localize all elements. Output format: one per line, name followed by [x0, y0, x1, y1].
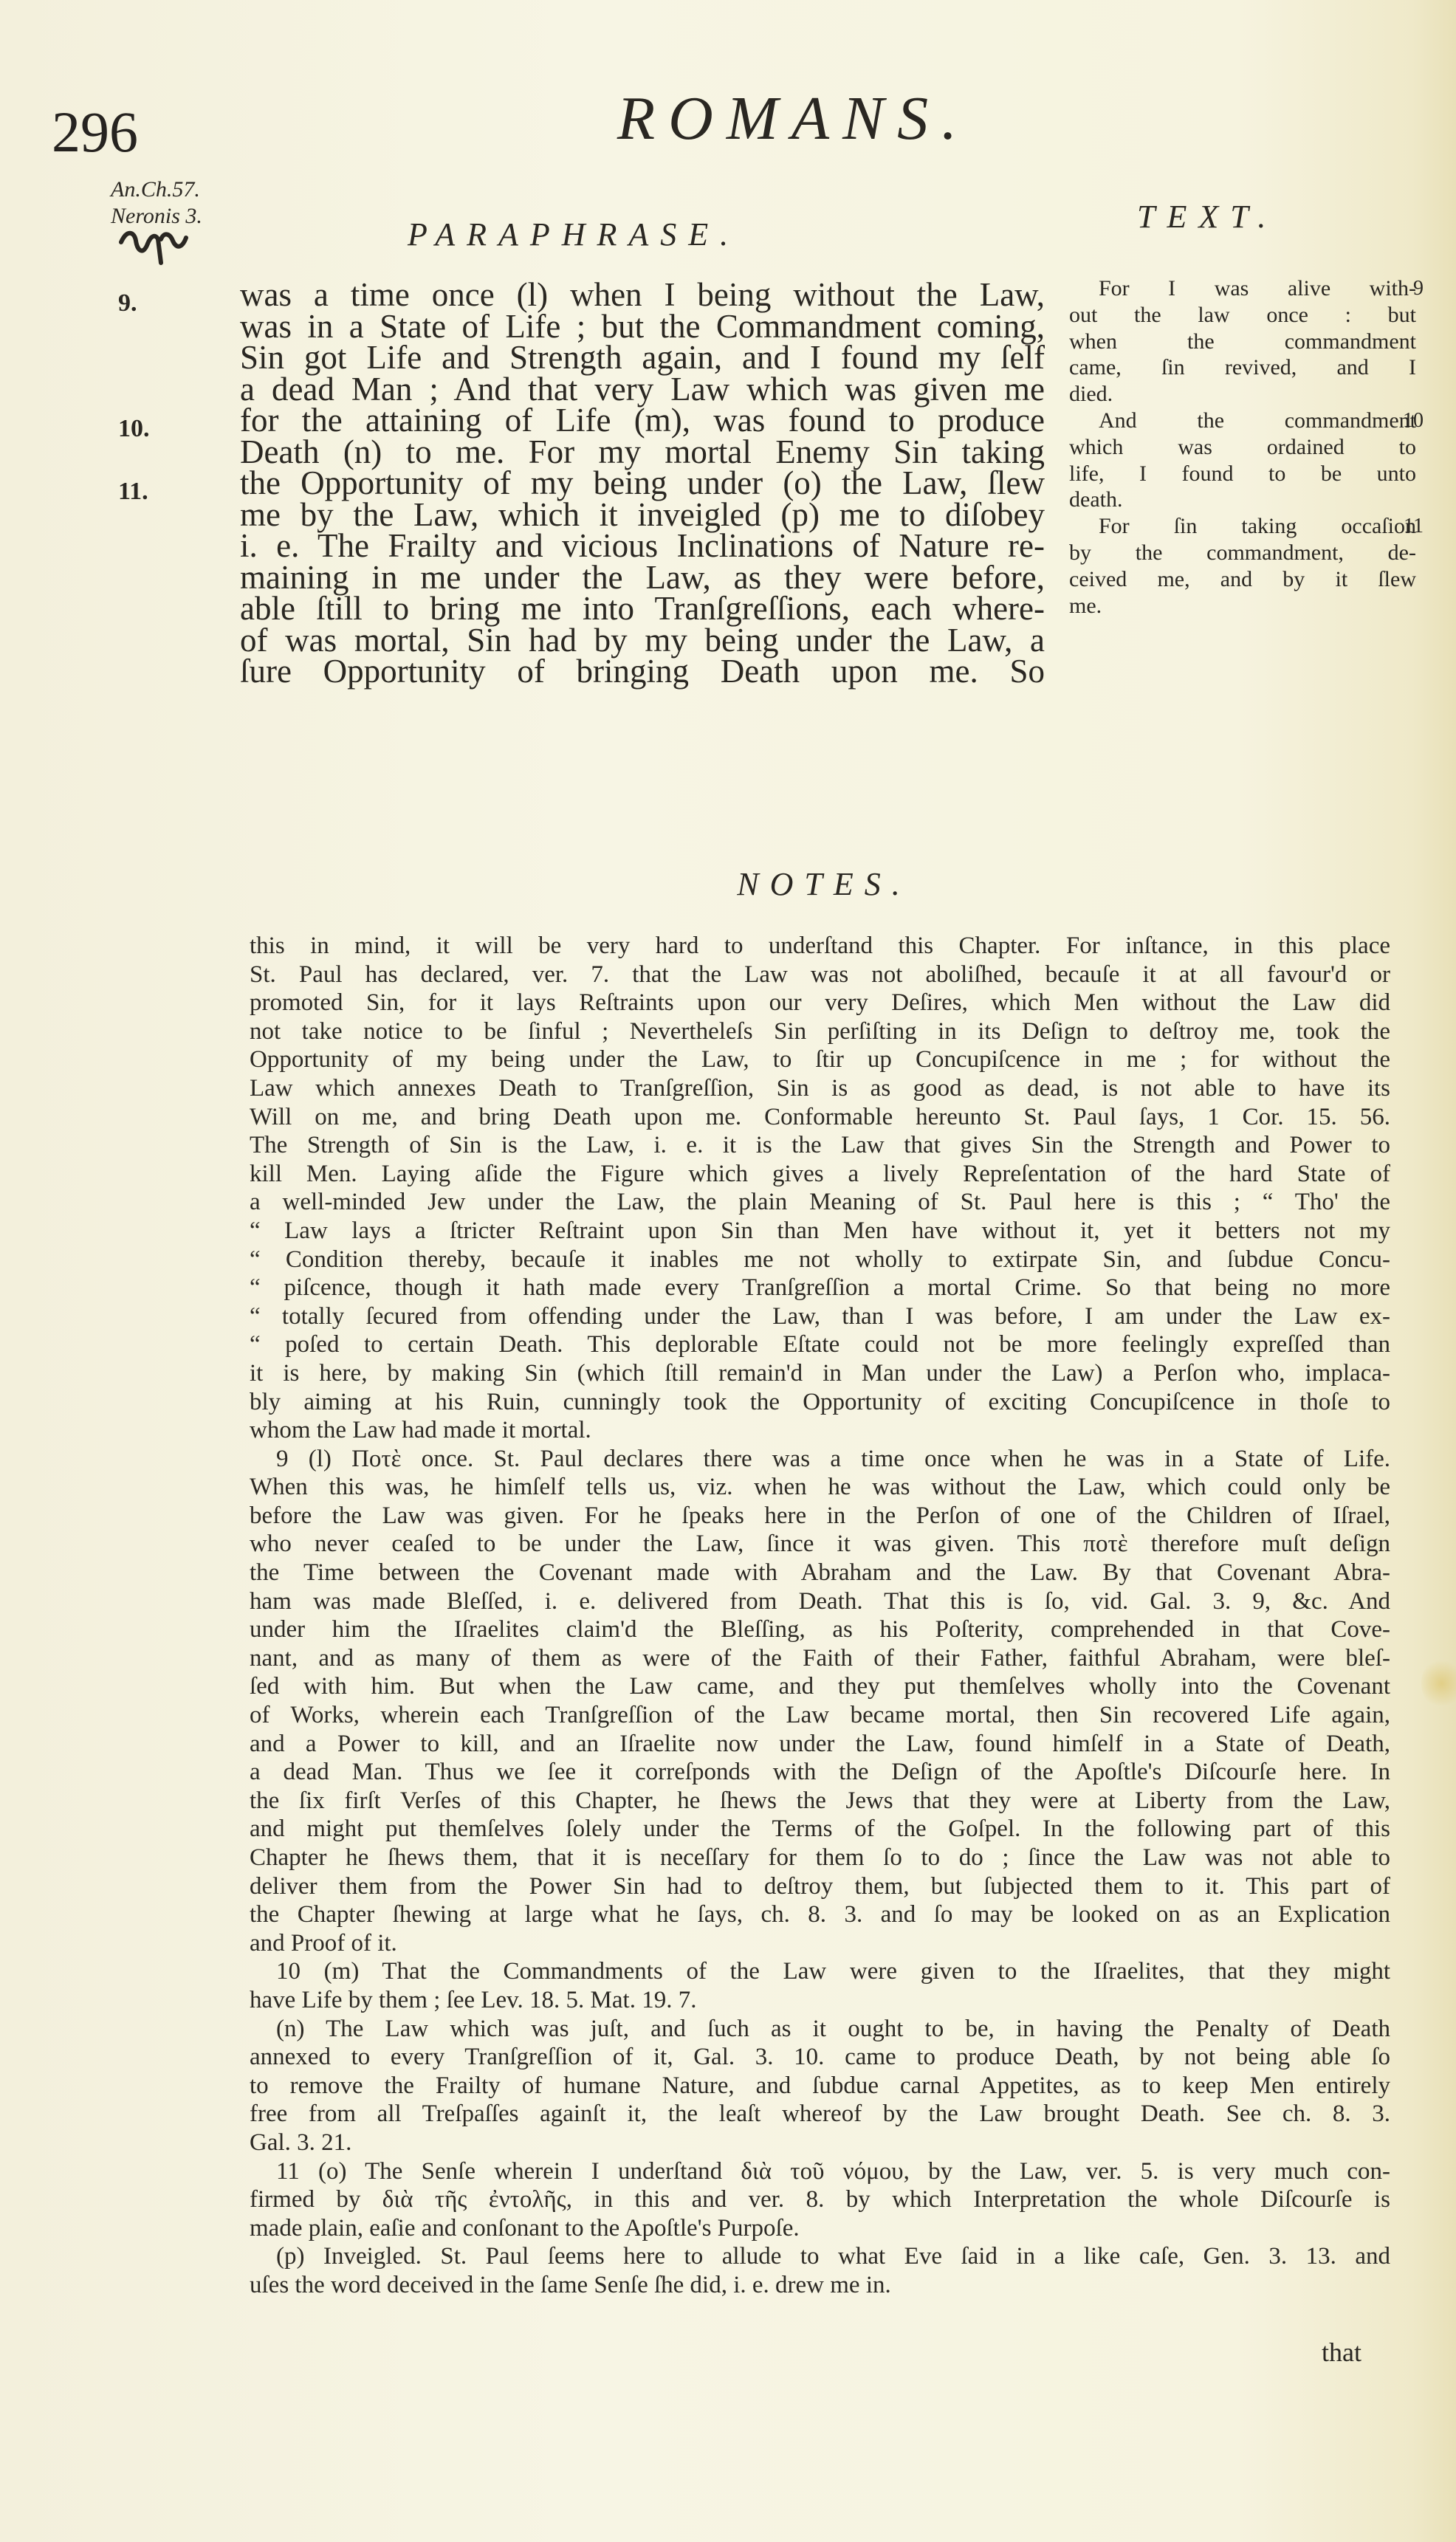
- note-line: (n) The Law which was juſt, and ſuch as …: [250, 2015, 1390, 2044]
- text-verse-11: For ſin taking occaſion11 by the command…: [1069, 513, 1416, 619]
- note-line: ham was made Bleſſed, i. e. delivered fr…: [250, 1587, 1390, 1616]
- note-line: kill Men. Laying aſide the Figure which …: [250, 1160, 1390, 1189]
- note-line: (p) Inveigled. St. Paul ſeems here to al…: [250, 2242, 1390, 2271]
- note-line: and Proof of it.: [250, 1929, 1390, 1958]
- text-line: which was ordained to: [1069, 434, 1416, 461]
- verse-number: 9.: [118, 289, 137, 317]
- note-line: “ piſcence, though it hath made every Tr…: [250, 1274, 1390, 1302]
- note-line: before the Law was given. For he ſpeaks …: [250, 1502, 1390, 1531]
- note-line: “ Condition thereby, becauſe it inables …: [250, 1246, 1390, 1274]
- note-line: uſes the word deceived in the ſame Senſe…: [250, 2271, 1390, 2300]
- text-line: me.: [1069, 593, 1416, 619]
- paraphrase-line: ſure Opportunity of bringing Death upon …: [240, 656, 1045, 687]
- text-line: life, I found to be unto: [1069, 461, 1416, 487]
- note-line: Law which annexes Death to Tranſgreſſion…: [250, 1074, 1390, 1103]
- text-line: For I was alive with-9: [1069, 275, 1416, 302]
- note-line: 9 (l) Ποτὲ once. St. Paul declares there…: [250, 1445, 1390, 1474]
- note-line: have Life by them ; ſee Lev. 18. 5. Mat.…: [250, 1986, 1390, 2015]
- paraphrase-line: for the attaining of Life (m), was found…: [240, 405, 1045, 436]
- note-line: whom the Law had made it mortal.: [250, 1416, 1390, 1445]
- text-line: came, ſin revived, and I: [1069, 354, 1416, 381]
- note-line: deliver them from the Power Sin had to d…: [250, 1872, 1390, 1901]
- verse-number: 10.: [118, 415, 150, 443]
- ornament-squiggle-icon: [117, 221, 220, 266]
- note-line: free from all Treſpaſſes againſt it, the…: [250, 2100, 1390, 2129]
- note-line: 11 (o) The Senſe wherein I underſtand δι…: [250, 2157, 1390, 2186]
- catchword: that: [1322, 2337, 1361, 2368]
- note-line: St. Paul has declared, ver. 7. that the …: [250, 961, 1390, 989]
- note-line: a dead Man. Thus we ſee it correſponds w…: [250, 1758, 1390, 1787]
- note-line: under him the Iſraelites claim'd the Ble…: [250, 1615, 1390, 1644]
- note-line: not take notice to be ſinful ; Neverthel…: [250, 1017, 1390, 1046]
- note-line: “ poſed to certain Death. This deplorabl…: [250, 1330, 1390, 1359]
- note-line: and might put themſelves ſolely under th…: [250, 1815, 1390, 1844]
- note-line: firmed by διὰ τῆς ἐντολῆς, in this and v…: [250, 2185, 1390, 2214]
- paraphrase-line: a dead Man ; And that very Law which was…: [240, 374, 1045, 405]
- scripture-text: For I was alive with-9 out the law once …: [1069, 275, 1416, 619]
- note-line: the Chapter ſhewing at large what he ſay…: [250, 1900, 1390, 1929]
- paraphrase-heading: PARAPHRASE.: [408, 216, 740, 253]
- text-verse-10: And the commandment10 which was ordained…: [1069, 408, 1416, 513]
- running-title: ROMANS.: [0, 83, 1456, 154]
- text-verse-number: 10: [1403, 408, 1424, 434]
- note-line: When this was, he himſelf tells us, viz.…: [250, 1473, 1390, 1502]
- paraphrase-line: maining in me under the Law, as they wer…: [240, 562, 1045, 594]
- note-line: The Strength of Sin is the Law, i. e. it…: [250, 1131, 1390, 1160]
- notes-heading: NOTES.: [0, 865, 1456, 903]
- note-line: ſed with him. But when the Law came, and…: [250, 1672, 1390, 1701]
- note-line: the Time between the Covenant made with …: [250, 1559, 1390, 1587]
- note-line: Will on me, and bring Death upon me. Con…: [250, 1103, 1390, 1132]
- paraphrase-line: i. e. The Frailty and vicious Inclinatio…: [240, 530, 1045, 562]
- note-line: promoted Sin, for it lays Reſtraints upo…: [250, 989, 1390, 1017]
- note-line: annexed to every Tranſgreſſion of it, Ga…: [250, 2043, 1390, 2072]
- note-line: it is here, by making Sin (which ſtill r…: [250, 1359, 1390, 1388]
- note-line: a well-minded Jew under the Law, the pla…: [250, 1188, 1390, 1217]
- note-line: Opportunity of my being under the Law, t…: [250, 1045, 1390, 1074]
- paraphrase-line: the Opportunity of my being under (o) th…: [240, 467, 1045, 499]
- side-note-year: An.Ch.57.: [111, 177, 229, 202]
- text-line: by the commandment, de-: [1069, 540, 1416, 566]
- text-line: For ſin taking occaſion11: [1069, 513, 1416, 540]
- note-line: who never ceaſed to be under the Law, ſi…: [250, 1530, 1390, 1559]
- note-line: made plain, eaſie and conſonant to the A…: [250, 2214, 1390, 2243]
- note-line: this in mind, it will be very hard to un…: [250, 932, 1390, 961]
- text-line: death.: [1069, 487, 1416, 513]
- notes-body: this in mind, it will be very hard to un…: [250, 932, 1390, 2300]
- note-line: the ſix firſt Verſes of this Chapter, he…: [250, 1787, 1390, 1816]
- text-verse-number: 11: [1404, 513, 1424, 540]
- note-line: “ totally ſecured from offending under t…: [250, 1302, 1390, 1331]
- text-line: when the commandment: [1069, 329, 1416, 355]
- paraphrase-line: was a time once (l) when I being without…: [240, 279, 1045, 311]
- text-verse-9: For I was alive with-9 out the law once …: [1069, 275, 1416, 408]
- note-line: bly aiming at his Ruin, cunningly took t…: [250, 1388, 1390, 1417]
- paraphrase-line: of was mortal, Sin had by my being under…: [240, 625, 1045, 656]
- verse-number: 11.: [118, 478, 148, 506]
- note-line: and a Power to kill, and an Iſraelite no…: [250, 1730, 1390, 1759]
- text-line: And the commandment10: [1069, 408, 1416, 434]
- text-heading: TEXT.: [1137, 198, 1277, 236]
- text-line: died.: [1069, 381, 1416, 408]
- note-line: to remove the Frailty of humane Nature, …: [250, 2072, 1390, 2100]
- paraphrase-line: me by the Law, which it inveigled (p) me…: [240, 499, 1045, 531]
- note-line: 10 (m) That the Commandments of the Law …: [250, 1957, 1390, 1986]
- note-line: of Works, wherein each Tranſgreſſion of …: [250, 1701, 1390, 1730]
- paraphrase-line: was in a State of Life ; but the Command…: [240, 311, 1045, 343]
- paper-stain: [1421, 1658, 1456, 1709]
- text-line: out the law once : but: [1069, 302, 1416, 329]
- text-verse-number: 9: [1413, 275, 1424, 302]
- paraphrase-line: Sin got Life and Strength again, and I f…: [240, 342, 1045, 374]
- paraphrase-body: was a time once (l) when I being without…: [240, 279, 1045, 687]
- note-line: nant, and as many of them as were of the…: [250, 1644, 1390, 1673]
- note-line: “ Law lays a ſtricter Reſtraint upon Sin…: [250, 1217, 1390, 1246]
- paraphrase-line: able ſtill to bring me into Tranſgreſſio…: [240, 593, 1045, 625]
- paraphrase-line: Death (n) to me. For my mortal Enemy Sin…: [240, 436, 1045, 468]
- note-line: Chapter he ſhews them, that it is neceſſ…: [250, 1844, 1390, 1872]
- note-line: Gal. 3. 21.: [250, 2129, 1390, 2157]
- text-line: ceived me, and by it ſlew: [1069, 566, 1416, 593]
